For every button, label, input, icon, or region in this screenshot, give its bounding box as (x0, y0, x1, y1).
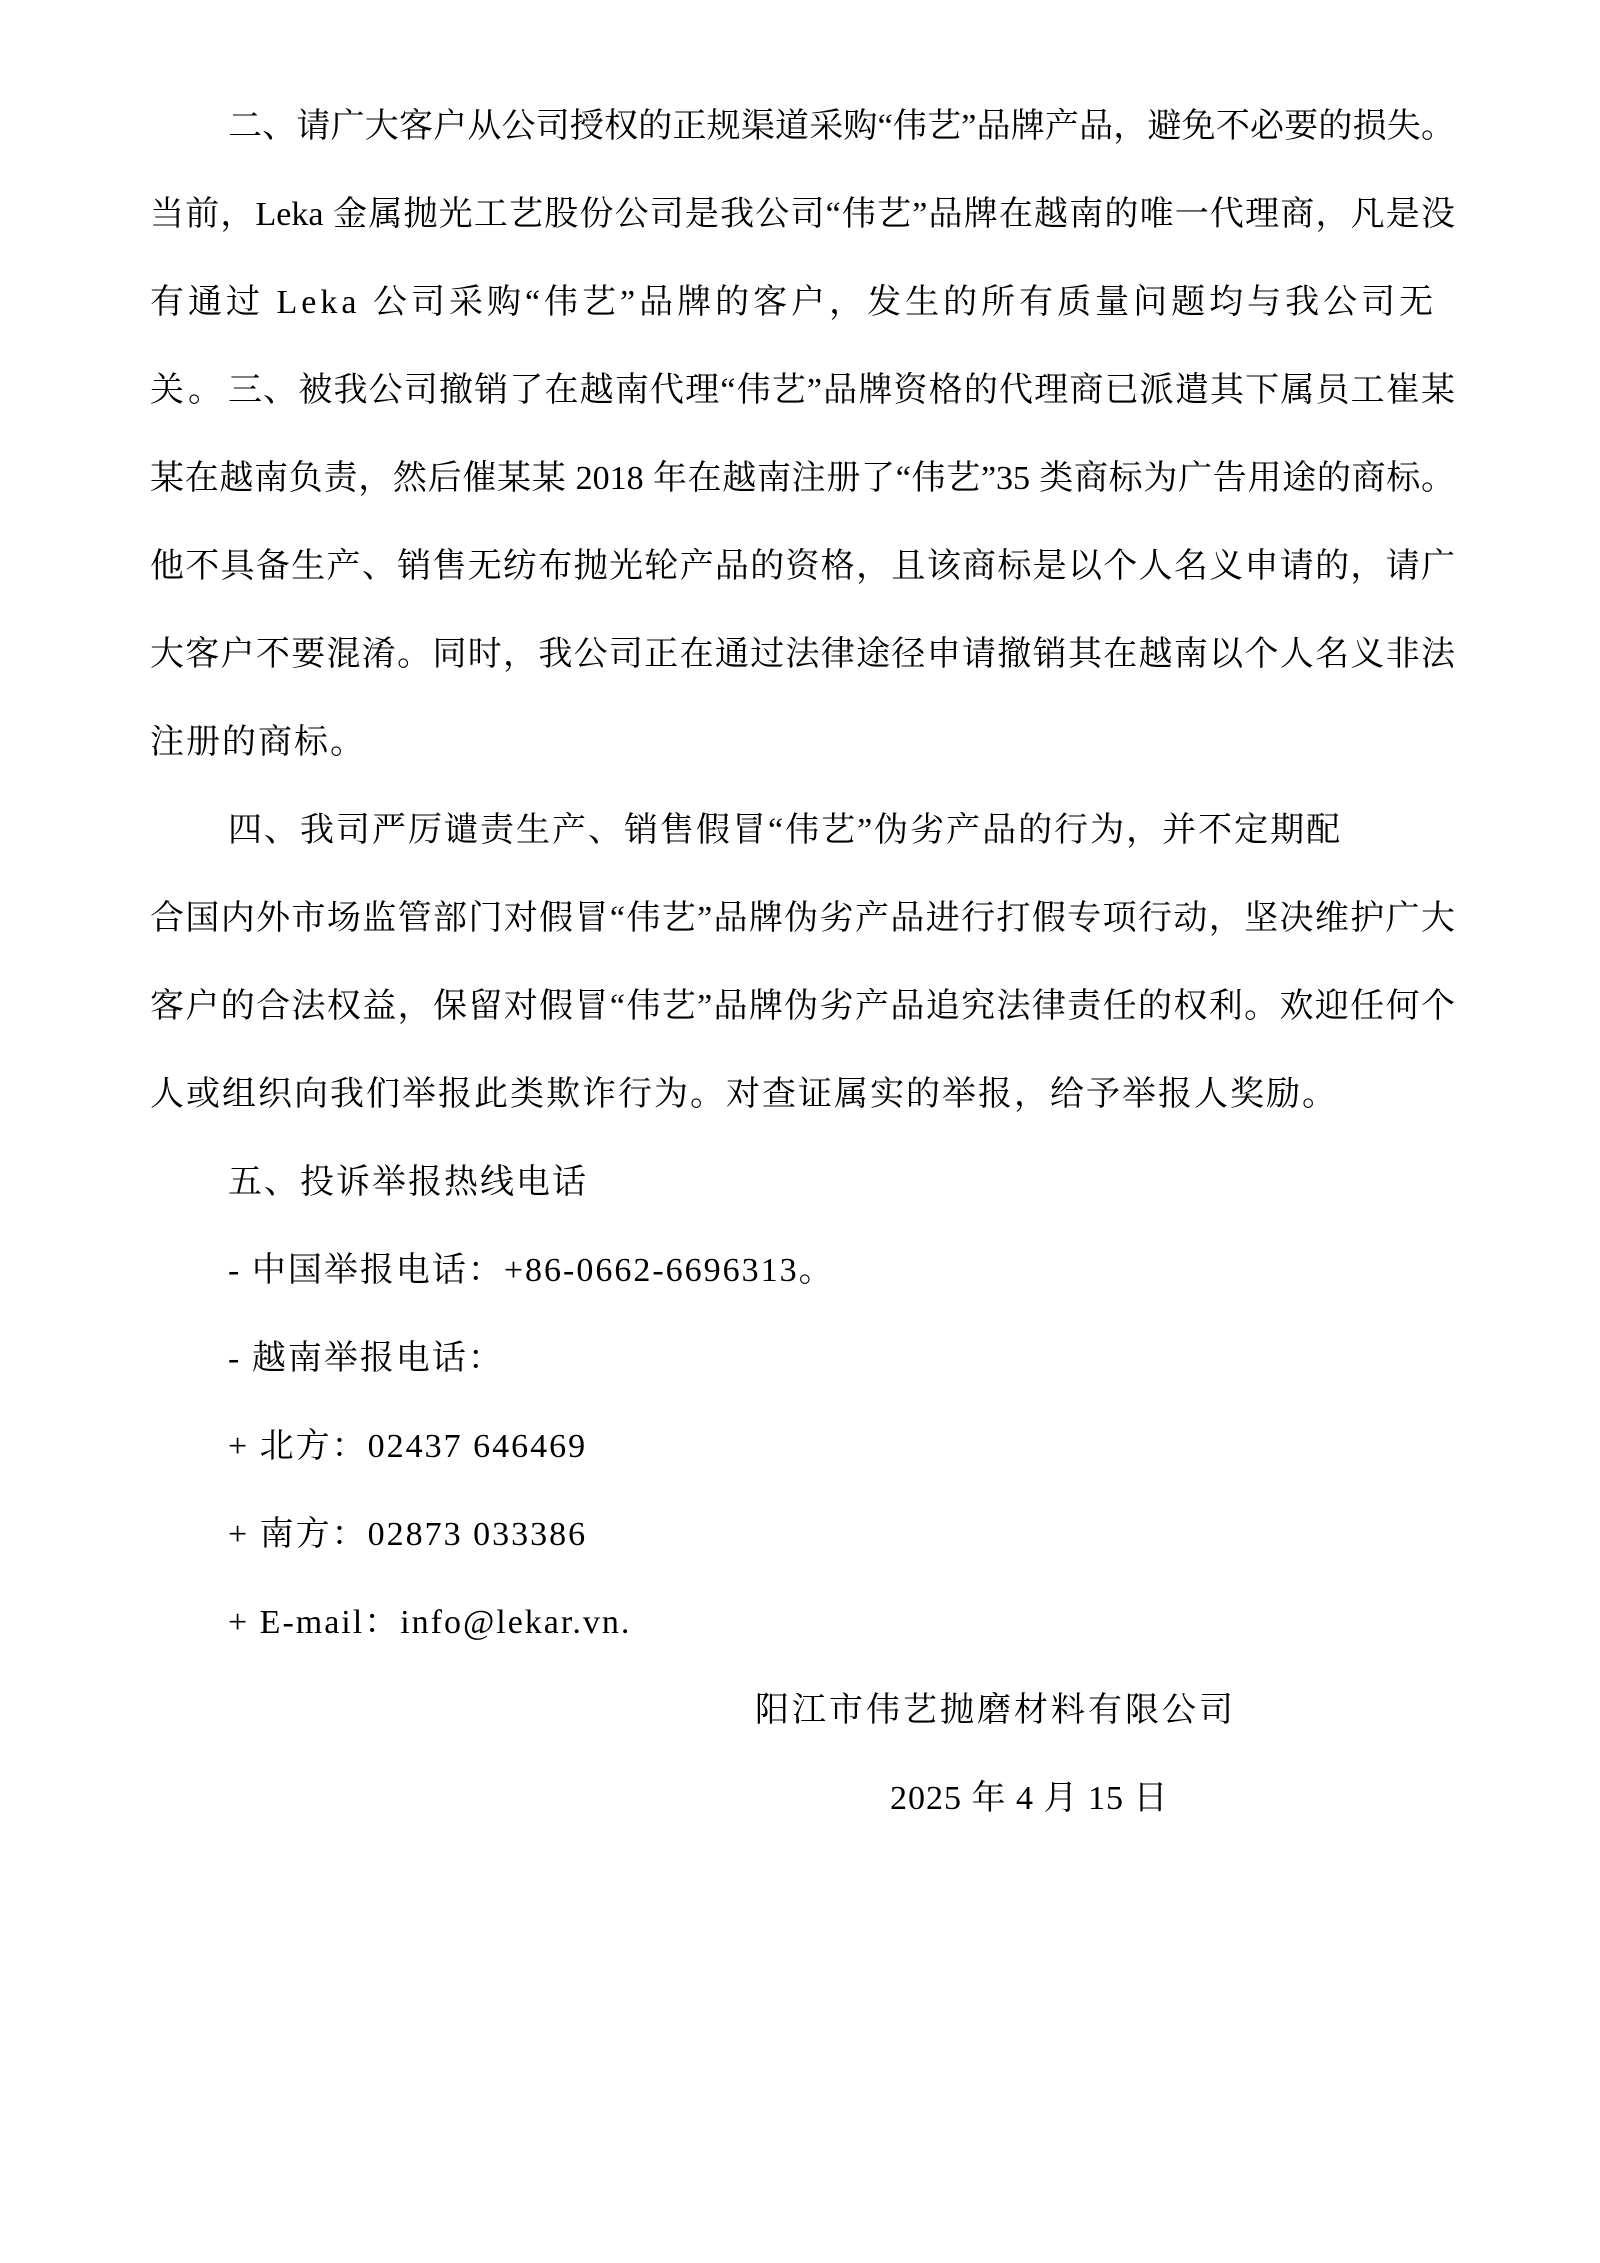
document-line: 客户的合法权益，保留对假冒“伟艺”品牌伪劣产品追究法律责任的权利。欢迎任何个 (150, 963, 1455, 1051)
document-line: 三、被我公司撤销了在越南代理“伟艺”品牌资格的代理商已派遣其下属员工崔某 (150, 347, 1455, 435)
document-page: 二、请广大客户从公司授权的正规渠道采购“伟艺”品牌产品，避免不必要的损失。 当前… (0, 0, 1600, 2263)
hotline-email: + E-mail：info@lekar.vn. (150, 1579, 1455, 1667)
document-line: 当前，Leka 金属抛光工艺股份公司是我公司“伟艺”品牌在越南的唯一代理商，凡是… (150, 171, 1455, 259)
hotline-vietnam-south: + 南方：02873 033386 (150, 1491, 1455, 1579)
document-line: 合国内外市场监管部门对假冒“伟艺”品牌伪劣产品进行打假专项行动，坚决维护广大 (150, 875, 1455, 963)
document-date: 2025 年 4 月 15 日 (890, 1755, 1455, 1843)
hotline-vietnam-label: - 越南举报电话： (150, 1315, 1455, 1403)
document-line: 人或组织向我们举报此类欺诈行为。对查证属实的举报，给予举报人奖励。 (150, 1051, 1455, 1139)
document-line: 某在越南负责，然后催某某 2018 年在越南注册了“伟艺”35 类商标为广告用途… (150, 435, 1455, 523)
section-heading: 五、投诉举报热线电话 (150, 1139, 1455, 1227)
document-body: 二、请广大客户从公司授权的正规渠道采购“伟艺”品牌产品，避免不必要的损失。 当前… (150, 83, 1455, 1843)
document-line: 大客户不要混淆。同时，我公司正在通过法律途径申请撤销其在越南以个人名义非法 (150, 611, 1455, 699)
hotline-vietnam-north: + 北方：02437 646469 (150, 1403, 1455, 1491)
document-line: 他不具备生产、销售无纺布抛光轮产品的资格，且该商标是以个人名义申请的，请广 (150, 523, 1455, 611)
document-line: 有通过 Leka 公司采购“伟艺”品牌的客户，发生的所有质量问题均与我公司无关。 (150, 259, 1455, 347)
document-line: 注册的商标。 (150, 699, 1455, 787)
hotline-china: - 中国举报电话：+86-0662-6696313。 (150, 1227, 1455, 1315)
company-signature: 阳江市伟艺抛磨材料有限公司 (755, 1667, 1455, 1755)
document-line: 二、请广大客户从公司授权的正规渠道采购“伟艺”品牌产品，避免不必要的损失。 (150, 83, 1455, 171)
document-line: 四、我司严厉谴责生产、销售假冒“伟艺”伪劣产品的行为，并不定期配 (150, 787, 1455, 875)
